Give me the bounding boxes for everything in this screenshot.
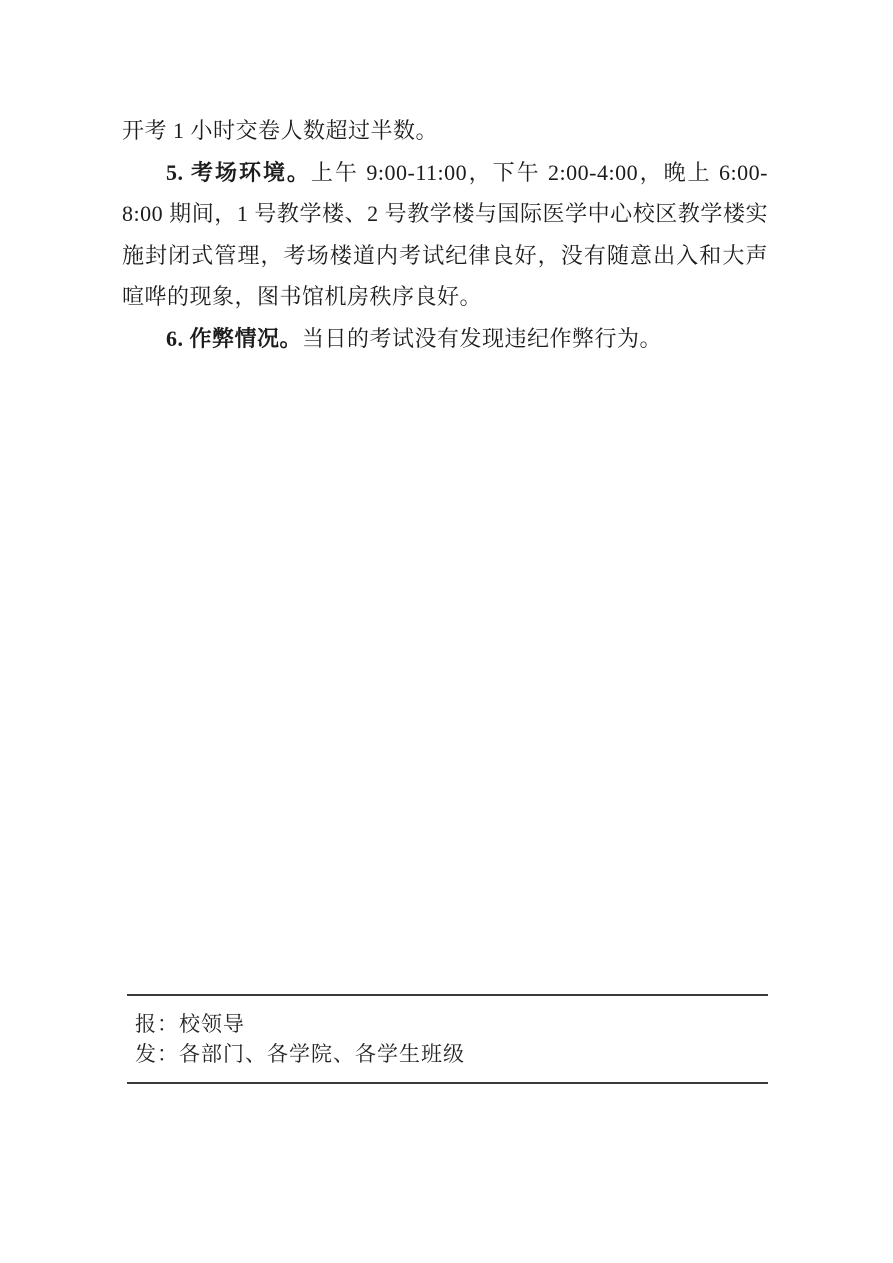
- footer-distribution-block: 报：校领导 发：各部门、各学院、各学生班级: [135, 1009, 768, 1069]
- paragraph-continuation: 开考 1 小时交卷人数超过半数。: [122, 110, 768, 152]
- section-6-heading: 6. 作弊情况。: [166, 326, 302, 351]
- footer-top-rule: [127, 994, 768, 996]
- section-5-paragraph: 5. 考场环境。上午 9:00-11:00，下午 2:00-4:00，晚上 6:…: [122, 152, 768, 318]
- section-6-paragraph: 6. 作弊情况。当日的考试没有发现违纪作弊行为。: [122, 318, 768, 360]
- footer-distribution-line: 发：各部门、各学院、各学生班级: [135, 1039, 768, 1069]
- document-body-text: 开考 1 小时交卷人数超过半数。 5. 考场环境。上午 9:00-11:00，下…: [122, 110, 768, 359]
- document-page: 开考 1 小时交卷人数超过半数。 5. 考场环境。上午 9:00-11:00，下…: [0, 0, 893, 1263]
- footer-report-line: 报：校领导: [135, 1009, 768, 1039]
- footer-bottom-rule: [127, 1082, 768, 1084]
- section-6-body-text: 当日的考试没有发现违纪作弊行为。: [302, 326, 662, 351]
- paragraph-continuation-text: 开考 1 小时交卷人数超过半数。: [122, 118, 438, 143]
- section-5-heading: 5. 考场环境。: [166, 160, 311, 185]
